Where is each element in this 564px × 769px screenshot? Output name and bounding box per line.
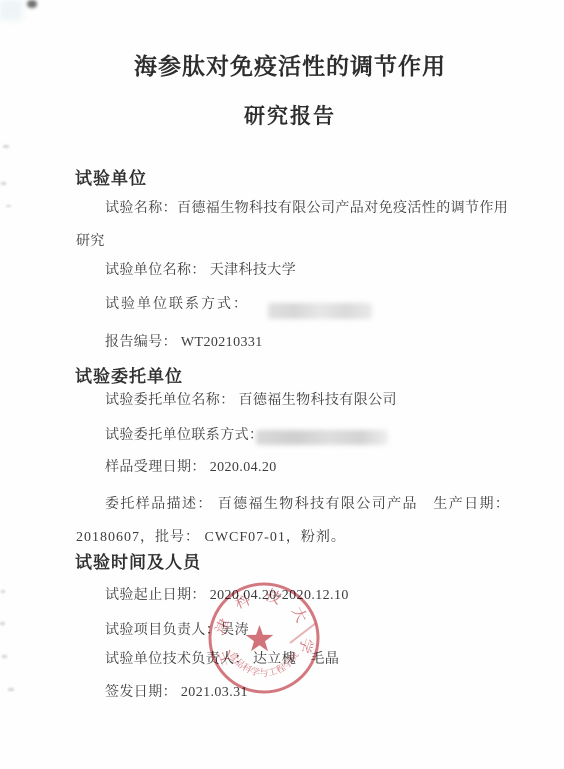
- section-heading-test-unit: 试验单位: [75, 170, 147, 187]
- line-sample-accept-date: 样品受理日期： 2020.04.20: [105, 461, 277, 475]
- line-test-unit-name: 试验单位名称： 天津科技大学: [105, 264, 296, 278]
- line-client-unit-name: 试验委托单位名称： 百德福生物科技有限公司: [105, 394, 397, 408]
- redacted-contact-blur: [256, 430, 388, 445]
- line-sample-description-wrap: 20180607，批号： CWCF07-01，粉剂。: [76, 531, 346, 545]
- line-sample-description: 委托样品描述： 百德福生物科技有限公司产品 生产日期：: [105, 498, 510, 512]
- scan-speck: [1, 182, 6, 185]
- line-report-number: 报告编号： WT20210331: [105, 336, 263, 350]
- report-title-line2: 研究报告: [0, 106, 564, 127]
- seal-bottom-text: 食品科学与工程学院: [227, 649, 302, 679]
- line-client-contact-label: 试验委托单位联系方式：: [105, 429, 263, 443]
- line-test-name-wrap: 研究: [76, 235, 105, 249]
- scan-corner-tint: [0, 0, 22, 20]
- scan-speck: [2, 655, 7, 658]
- seal-bottom-text-holder: 食品科学与工程学院: [227, 649, 302, 679]
- university-seal: 天津科技大学 食品科学与工程学院: [206, 580, 322, 696]
- scan-speck: [3, 145, 9, 148]
- line-test-unit-contact-label: 试验单位联系方式：: [105, 298, 249, 312]
- scan-speck: [6, 205, 11, 207]
- scan-smudge: [27, 0, 37, 8]
- section-heading-client-unit: 试验委托单位: [75, 368, 183, 385]
- scan-speck: [0, 622, 5, 625]
- redacted-contact-blur: [268, 303, 372, 319]
- scan-speck: [1, 590, 5, 593]
- scan-speck: [8, 688, 14, 691]
- star-icon: [246, 625, 274, 651]
- report-page: 海参肽对免疫活性的调节作用 研究报告 试验单位 试验名称：百德福生物科技有限公司…: [0, 0, 564, 769]
- report-title-line1: 海参肽对免疫活性的调节作用: [0, 55, 564, 78]
- line-test-name: 试验名称：百德福生物科技有限公司产品对免疫活性的调节作用: [105, 202, 508, 216]
- section-heading-time-personnel: 试验时间及人员: [75, 554, 201, 571]
